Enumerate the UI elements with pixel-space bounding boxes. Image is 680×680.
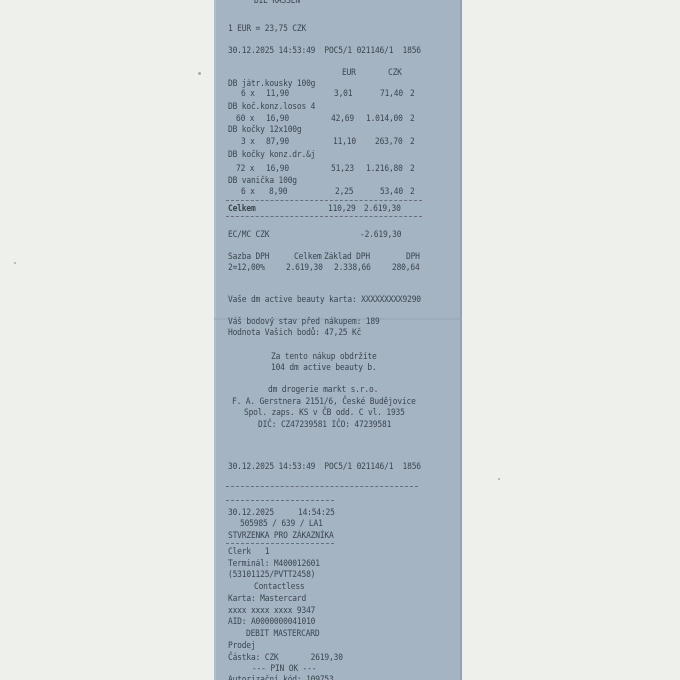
- item-qty: 6 x: [241, 89, 255, 99]
- item-czk: 53,40: [380, 187, 403, 197]
- slip-title: STVRZENKA PRO ZÁKAZNÍKA: [228, 531, 334, 541]
- divider: [226, 543, 334, 544]
- item-eur: 3,01: [334, 89, 352, 99]
- item-name: DB kočky konz.dr.&j: [228, 150, 315, 160]
- scan-speck: [14, 262, 16, 264]
- item-unit-price: 16,90: [266, 114, 289, 124]
- slip-clerk: Clerk 1: [228, 547, 269, 557]
- company-ids: DIČ: CZ47239581 IČO: 47239581: [258, 420, 391, 430]
- item-unit-price: 11,90: [266, 89, 289, 99]
- divider: [226, 486, 418, 487]
- divider: [226, 200, 422, 201]
- slip-auth-code: Autorizační kód: 109753: [228, 675, 334, 680]
- slip-pin-status: --- PIN OK ---: [252, 664, 316, 674]
- item-eur: 2,25: [335, 187, 353, 197]
- company-registry: Spol. zaps. KS v ČB odd. C vl. 1935: [244, 408, 405, 418]
- payment-value: -2.619,30: [360, 230, 401, 240]
- vat-header-rate: Sazba DPH: [228, 252, 269, 262]
- slip-date: 30.12.2025: [228, 508, 274, 518]
- payment-label: EC/MC CZK: [228, 230, 269, 240]
- item-czk: 71,40: [380, 89, 403, 99]
- vat-header-base: Základ DPH: [324, 252, 370, 262]
- vat-header-total: Celkem: [294, 252, 322, 262]
- item-name: DB kočky 12x100g: [228, 125, 301, 135]
- slip-contactless: Contactless: [254, 582, 305, 592]
- vat-header-vat: DPH: [406, 252, 420, 262]
- column-czk: CZK: [388, 68, 402, 78]
- item-vat: 2: [410, 137, 415, 147]
- slip-amount: Částka: CZK 2619,30: [228, 653, 343, 663]
- item-name: DB koč.konz.losos 4: [228, 102, 315, 112]
- item-eur: 11,10: [333, 137, 356, 147]
- top-cut-text: DIE KASSEN: [254, 0, 300, 6]
- points-before: Váš bodový stav před nákupem: 189: [228, 317, 380, 327]
- total-label: Celkem: [228, 204, 256, 214]
- item-qty: 6 x: [241, 187, 255, 197]
- item-czk: 1.216,80: [366, 164, 403, 174]
- receipt-paper: DIE KASSEN 1 EUR = 23,75 CZK 30.12.2025 …: [214, 0, 462, 680]
- item-vat: 2: [410, 114, 415, 124]
- earn-line-1: Za tento nákup obdržíte: [271, 352, 377, 362]
- item-unit-price: 87,90: [266, 137, 289, 147]
- slip-terminal: Terminál: M400012601: [228, 559, 320, 569]
- item-czk: 263,70: [375, 137, 403, 147]
- exchange-rate: 1 EUR = 23,75 CZK: [228, 24, 306, 34]
- total-eur: 110,29: [328, 204, 356, 214]
- item-vat: 2: [410, 187, 415, 197]
- column-eur: EUR: [342, 68, 356, 78]
- item-eur: 42,69: [331, 114, 354, 124]
- item-unit-price: 16,90: [266, 164, 289, 174]
- receipt-footer-line: 30.12.2025 14:53:49 POC5/1 021146/1 1856: [228, 462, 421, 472]
- item-name: DB játr.kousky 100g: [228, 79, 315, 89]
- slip-reference: 505985 / 639 / LA1: [240, 519, 323, 529]
- loyalty-card-line: Vaše dm active beauty karta: XXXXXXXXX92…: [228, 295, 421, 305]
- total-czk: 2.619,30: [364, 204, 401, 214]
- slip-card-number: xxxx xxxx xxxx 9347: [228, 606, 315, 616]
- slip-aid: AID: A0000000041010: [228, 617, 315, 627]
- vat-base: 2.338,66: [334, 263, 371, 273]
- divider: [226, 216, 422, 217]
- item-czk: 1.014,00: [366, 114, 403, 124]
- company-address: F. A. Gerstnera 2151/6, České Budějovice: [232, 397, 416, 407]
- item-vat: 2: [410, 89, 415, 99]
- slip-card: Karta: Mastercard: [228, 594, 306, 604]
- slip-time: 14:54:25: [298, 508, 335, 518]
- slip-sale: Prodej: [228, 641, 256, 651]
- company-name: dm drogerie markt s.r.o.: [268, 385, 378, 395]
- vat-total: 2.619,30: [286, 263, 323, 273]
- slip-terminal-id: (53101125/PVTT2458): [228, 570, 315, 580]
- vat-amount: 280,64: [392, 263, 420, 273]
- receipt-header-line: 30.12.2025 14:53:49 POC5/1 021146/1 1856: [228, 46, 421, 56]
- scan-speck: [498, 478, 500, 480]
- item-name: DB vanička 100g: [228, 176, 297, 186]
- item-unit-price: 8,90: [269, 187, 287, 197]
- vat-rate: 2=12,00%: [228, 263, 265, 273]
- scan-speck: [198, 72, 201, 75]
- earn-line-2: 104 dm active beauty b.: [271, 363, 377, 373]
- item-qty: 72 x: [236, 164, 254, 174]
- item-qty: 60 x: [236, 114, 254, 124]
- slip-card-type: DEBIT MASTERCARD: [246, 629, 319, 639]
- item-eur: 51,23: [331, 164, 354, 174]
- item-qty: 3 x: [241, 137, 255, 147]
- item-vat: 2: [410, 164, 415, 174]
- points-value: Hodnota Vašich bodů: 47,25 Kč: [228, 328, 361, 338]
- divider: [226, 500, 334, 501]
